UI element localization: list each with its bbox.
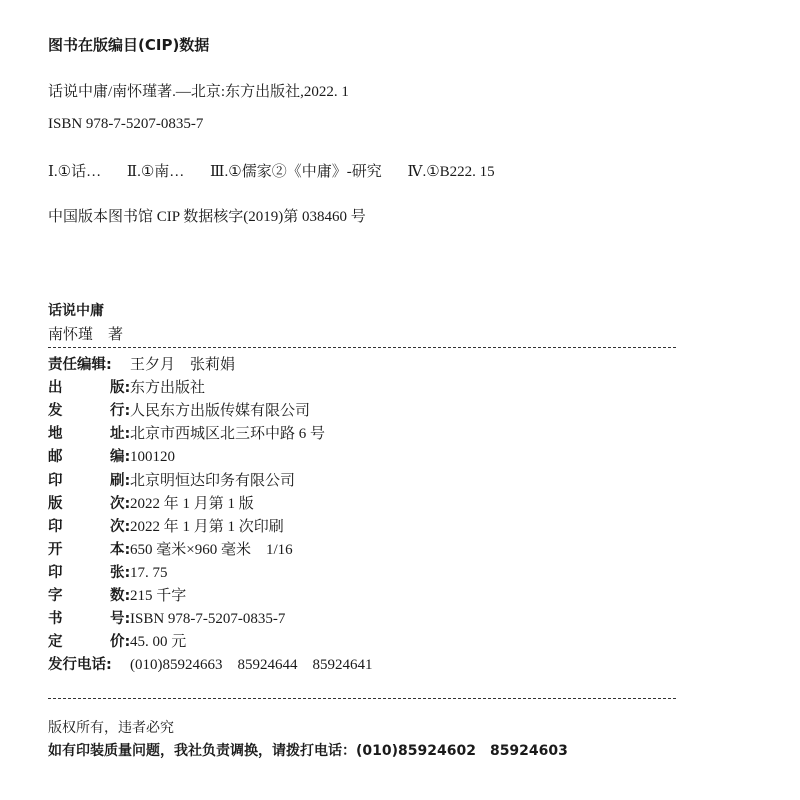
detail-row: 版次:2022 年 1 月第 1 版	[48, 494, 254, 514]
detail-label: 印次:	[48, 517, 130, 537]
detail-value: 王夕月 张莉娟	[130, 357, 235, 373]
cip-heading: 图书在版编目(CIP)数据	[48, 34, 209, 55]
detail-label-first: 版	[48, 494, 110, 514]
detail-label-second: 价	[110, 634, 125, 650]
quality-notice: 如有印装质量问题，我社负责调换，请拨打电话：(010)85924602 8592…	[48, 740, 568, 760]
cip-title-line: 话说中庸/南怀瑾著.—北京:东方出版社,2022. 1	[48, 80, 349, 101]
cip-isbn-line: ISBN 978-7-5207-0835-7	[48, 116, 203, 133]
detail-label: 版次:	[48, 494, 130, 514]
detail-row: 书号:ISBN 978-7-5207-0835-7	[48, 609, 285, 629]
detail-row: 定价:45. 00 元	[48, 632, 186, 652]
detail-colon: :	[106, 357, 112, 373]
classification-4: Ⅳ.①B222. 15	[407, 164, 494, 180]
detail-label-first: 地	[48, 424, 110, 444]
detail-label: 字数:	[48, 586, 130, 606]
detail-label-second: 址	[110, 426, 125, 442]
detail-label-first: 印	[48, 563, 110, 583]
detail-row: 印次:2022 年 1 月第 1 次印刷	[48, 517, 284, 537]
detail-value: 2022 年 1 月第 1 版	[130, 496, 254, 512]
classification-2: Ⅱ.①南…	[127, 164, 184, 180]
detail-label: 印张:	[48, 563, 130, 583]
detail-label: 发行:	[48, 401, 130, 421]
detail-label-second: 次	[110, 496, 125, 512]
detail-label-first: 发	[48, 401, 110, 421]
detail-label: 书号:	[48, 609, 130, 629]
detail-label-second: 刷	[110, 473, 125, 489]
detail-label-first: 开	[48, 540, 110, 560]
detail-label-second: 行	[110, 403, 125, 419]
detail-value: 东方出版社	[130, 380, 205, 396]
detail-label-second: 张	[110, 565, 125, 581]
detail-value: 45. 00 元	[130, 634, 186, 650]
detail-value: 215 千字	[130, 588, 186, 604]
detail-label-first: 邮	[48, 447, 110, 467]
detail-value: 100120	[130, 449, 175, 465]
rights-notice: 版权所有，违者必究	[48, 717, 174, 737]
detail-colon: :	[106, 657, 112, 673]
detail-label: 印刷:	[48, 471, 130, 491]
detail-label: 定价:	[48, 632, 130, 652]
cip-classification: Ⅰ.①话… Ⅱ.①南… Ⅲ.①儒家②《中庸》-研究 Ⅳ.①B222. 15	[48, 160, 517, 181]
classification-1: Ⅰ.①话…	[48, 164, 101, 180]
classification-3: Ⅲ.①儒家②《中庸》-研究	[210, 164, 382, 180]
detail-row: 发行电话:(010)85924663 85924644 85924641	[48, 655, 373, 675]
detail-value: 人民东方出版传媒有限公司	[130, 403, 310, 419]
detail-value: 650 毫米×960 毫米 1/16	[130, 542, 293, 558]
detail-label-second: 号	[110, 611, 125, 627]
detail-label-full: 责任编辑	[48, 357, 106, 373]
dashed-divider-top	[48, 347, 676, 348]
detail-label-second: 编	[110, 449, 125, 465]
detail-value: 北京市西城区北三环中路 6 号	[130, 426, 325, 442]
detail-label: 地址:	[48, 424, 130, 444]
detail-value: (010)85924663 85924644 85924641	[130, 657, 373, 673]
detail-row: 发行:人民东方出版传媒有限公司	[48, 401, 310, 421]
detail-label-second: 本	[110, 542, 125, 558]
detail-label-first: 印	[48, 517, 110, 537]
detail-row: 印张:17. 75	[48, 563, 168, 583]
detail-row: 邮编:100120	[48, 447, 175, 467]
detail-label-first: 出	[48, 378, 110, 398]
book-title: 话说中庸	[48, 300, 104, 320]
detail-row: 开本:650 毫米×960 毫米 1/16	[48, 540, 293, 560]
detail-value: 2022 年 1 月第 1 次印刷	[130, 519, 284, 535]
detail-label-second: 数	[110, 588, 125, 604]
detail-row: 责任编辑:王夕月 张莉娟	[48, 355, 235, 375]
detail-row: 印刷:北京明恒达印务有限公司	[48, 471, 295, 491]
detail-label-first: 字	[48, 586, 110, 606]
book-author: 南怀瑾 著	[48, 323, 123, 344]
detail-label-first: 书	[48, 609, 110, 629]
detail-row: 字数:215 千字	[48, 586, 186, 606]
detail-label: 出版:	[48, 378, 130, 398]
detail-row: 出版:东方出版社	[48, 378, 205, 398]
detail-label-first: 定	[48, 632, 110, 652]
detail-label: 邮编:	[48, 447, 130, 467]
detail-label: 发行电话:	[48, 655, 130, 675]
detail-label: 开本:	[48, 540, 130, 560]
detail-value: ISBN 978-7-5207-0835-7	[130, 611, 285, 627]
dashed-divider-bottom	[48, 698, 676, 699]
detail-value: 17. 75	[130, 565, 168, 581]
detail-value: 北京明恒达印务有限公司	[130, 473, 295, 489]
cip-number: 中国版本图书馆 CIP 数据核字(2019)第 038460 号	[48, 205, 366, 226]
detail-label-first: 印	[48, 471, 110, 491]
detail-label-full: 发行电话	[48, 657, 106, 673]
detail-label-second: 版	[110, 380, 125, 396]
detail-label-second: 次	[110, 519, 125, 535]
detail-label: 责任编辑:	[48, 355, 130, 375]
detail-row: 地址:北京市西城区北三环中路 6 号	[48, 424, 325, 444]
